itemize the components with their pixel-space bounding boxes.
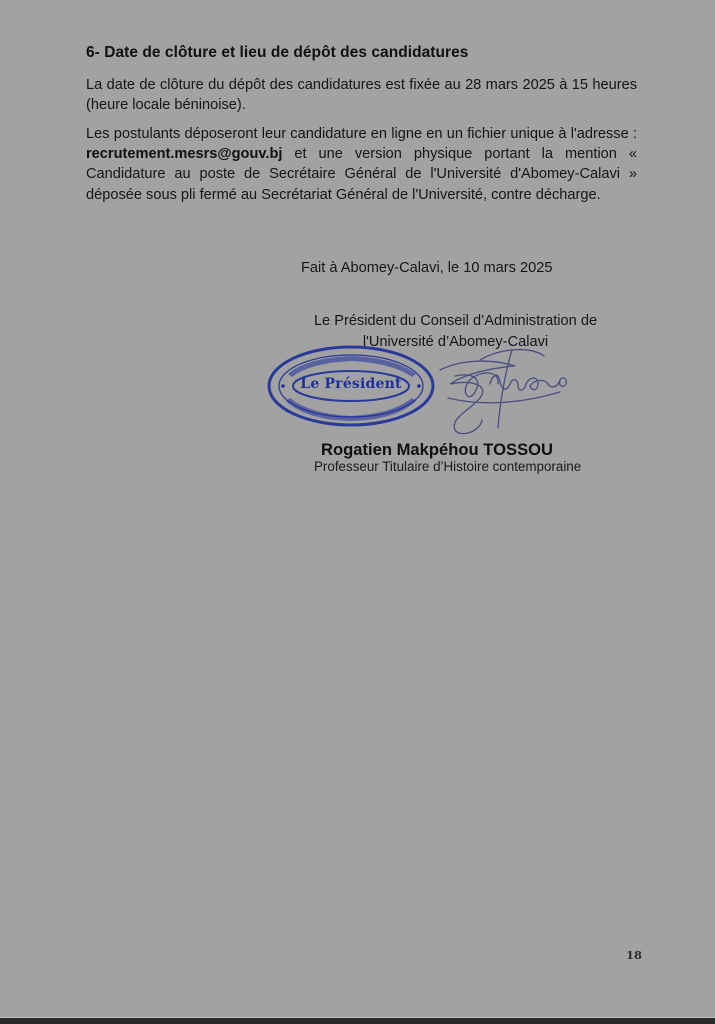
document-page: 6- Date de clôture et lieu de dépôt des … [0,0,715,1018]
submission-paragraph: Les postulants déposeront leur candidatu… [86,124,637,205]
section-heading: 6- Date de clôture et lieu de dépôt des … [86,44,468,62]
official-stamp: Le Président [266,344,436,428]
stamp-label: Le Président [266,376,436,392]
viewer-bottom-bar [0,1017,715,1024]
recruitment-email: recrutement.mesrs@gouv.bj [86,146,282,162]
signatory-name: Rogatien Makpéhou TOSSOU [321,440,553,460]
signatory-rank: Professeur Titulaire d’Histoire contempo… [314,459,581,474]
handwritten-signature-icon [420,340,580,440]
place-and-date: Fait à Abomey-Calavi, le 10 mars 2025 [301,260,552,276]
page-number: 18 [626,948,642,962]
signatory-title-line1: Le Président du Conseil d’Administration… [301,311,610,332]
closing-date-paragraph: La date de clôture du dépôt des candidat… [86,75,637,115]
submission-text-start: Les postulants déposeront leur candidatu… [86,126,637,142]
